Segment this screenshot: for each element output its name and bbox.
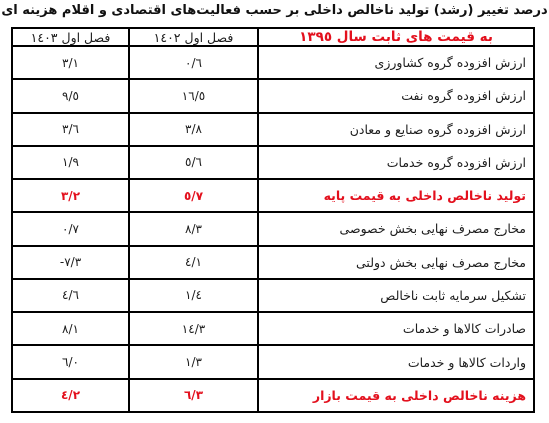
value-q1-1403: ٣/٦	[12, 113, 129, 146]
value-q1-1403: ٠/٧	[12, 212, 129, 245]
value-q1-1402: ١٤/٣	[129, 312, 258, 345]
row-label: ارزش افزوده گروه صنایع و معادن	[258, 113, 534, 146]
row-label: هزینه ناخالص داخلی به قیمت بازار	[258, 379, 534, 412]
value-q1-1403: ١/٩	[12, 146, 129, 179]
table-row: صادرات کالاها و خدمات ١٤/٣ ٨/١	[12, 312, 534, 345]
value-q1-1402: ٨/٣	[129, 212, 258, 245]
value-q1-1402: ٥/٦	[129, 146, 258, 179]
value-q1-1402: ٦/٣	[129, 379, 258, 412]
value-q1-1403: ٦/٠	[12, 345, 129, 378]
table-row: واردات کالاها و خدمات ١/٣ ٦/٠	[12, 345, 534, 378]
value-q1-1402: ٤/١	[129, 246, 258, 279]
value-q1-1402: ١/٣	[129, 345, 258, 378]
page-title: درصد تغییر (رشد) تولید ناخالص داخلی بر ح…	[0, 3, 549, 18]
table-row: هزینه ناخالص داخلی به قیمت بازار ٦/٣ ٤/٢	[12, 379, 534, 412]
header-constant-prices-1395: به قیمت های ثابت سال ١٣٩٥	[258, 28, 534, 46]
row-label: ارزش افزوده گروه خدمات	[258, 146, 534, 179]
value-q1-1402: ٣/٨	[129, 113, 258, 146]
table-row: ارزش افزوده گروه نفت ١٦/٥ ٩/٥	[12, 79, 534, 112]
row-label: تولید ناخالص داخلی به قیمت پایه	[258, 179, 534, 212]
table-row: ارزش افزوده گروه خدمات ٥/٦ ١/٩	[12, 146, 534, 179]
table-row: تشکیل سرمایه ثابت ناخالص ١/٤ ٤/٦	[12, 279, 534, 312]
value-q1-1402: ٥/٧	[129, 179, 258, 212]
value-q1-1403: ٤/٢	[12, 379, 129, 412]
value-q1-1403: ٣/٢	[12, 179, 129, 212]
header-q1-1402: فصل اول ١٤٠٢	[129, 28, 258, 46]
table-row: مخارج مصرف نهایی بخش دولتی ٤/١ -٧/٣	[12, 246, 534, 279]
table-row: ارزش افزوده گروه صنایع و معادن ٣/٨ ٣/٦	[12, 113, 534, 146]
table-row: تولید ناخالص داخلی به قیمت پایه ٥/٧ ٣/٢	[12, 179, 534, 212]
value-q1-1403: ٣/١	[12, 46, 129, 79]
row-label: ارزش افزوده گروه کشاورزی	[258, 46, 534, 79]
row-label: صادرات کالاها و خدمات	[258, 312, 534, 345]
gdp-growth-table-wrap: به قیمت های ثابت سال ١٣٩٥ فصل اول ١٤٠٢ ف…	[13, 27, 535, 413]
value-q1-1403: ٨/١	[12, 312, 129, 345]
table-header-row: به قیمت های ثابت سال ١٣٩٥ فصل اول ١٤٠٢ ف…	[12, 28, 534, 46]
row-label: مخارج مصرف نهایی بخش دولتی	[258, 246, 534, 279]
value-q1-1403: ٩/٥	[12, 79, 129, 112]
value-q1-1403: ٤/٦	[12, 279, 129, 312]
value-q1-1402: ٠/٦	[129, 46, 258, 79]
table-row: ارزش افزوده گروه کشاورزی ٠/٦ ٣/١	[12, 46, 534, 79]
row-label: مخارج مصرف نهایی بخش خصوصی	[258, 212, 534, 245]
header-q1-1403: فصل اول ١٤٠٣	[12, 28, 129, 46]
row-label: ارزش افزوده گروه نفت	[258, 79, 534, 112]
value-q1-1402: ١/٤	[129, 279, 258, 312]
gdp-growth-table: به قیمت های ثابت سال ١٣٩٥ فصل اول ١٤٠٢ ف…	[11, 27, 535, 413]
page: { "title": "درصد تغییر (رشد) تولید ناخال…	[0, 0, 549, 423]
value-q1-1402: ١٦/٥	[129, 79, 258, 112]
table-row: مخارج مصرف نهایی بخش خصوصی ٨/٣ ٠/٧	[12, 212, 534, 245]
row-label: واردات کالاها و خدمات	[258, 345, 534, 378]
value-q1-1403: -٧/٣	[12, 246, 129, 279]
row-label: تشکیل سرمایه ثابت ناخالص	[258, 279, 534, 312]
